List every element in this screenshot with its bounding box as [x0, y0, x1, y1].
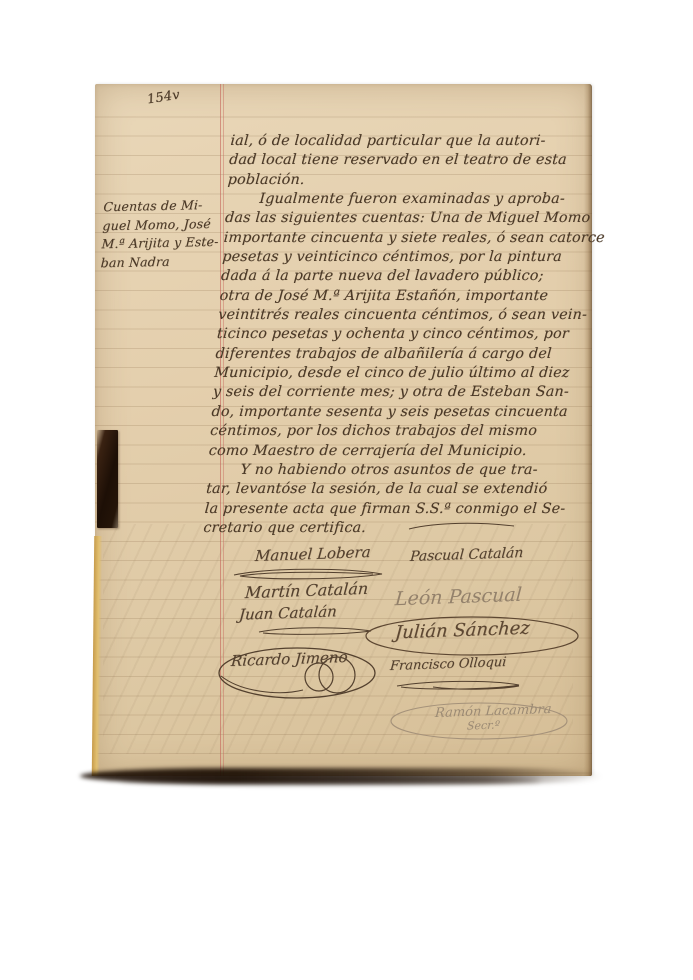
signature-flourish — [255, 625, 375, 637]
text-line: pesetas y veinticinco céntimos, por la p… — [222, 249, 583, 268]
text-line: veintitrés reales cincuenta céntimos, ó … — [217, 307, 578, 326]
signature-flourish-loops — [215, 644, 383, 702]
text-line: das las siguientes cuentas: Una de Migue… — [224, 210, 585, 229]
text-line: dada á la parte nueva del lavadero públi… — [220, 268, 581, 287]
signature-francisco-olloqui: Francisco Olloqui — [390, 655, 507, 674]
binding-clip — [97, 430, 118, 528]
text-line: ticinco pesetas y ochenta y cinco céntim… — [216, 326, 577, 345]
text-line: como Maestro de cerrajería del Municipio… — [208, 443, 569, 462]
manuscript-page: 154v Cuentas de Mi-guel Momo, JoséM.ª Ar… — [95, 84, 592, 776]
text-line: dad local tiene reservado en el teatro d… — [228, 152, 589, 171]
text-line: Y no habiendo otros asuntos de que tra- — [207, 462, 568, 481]
text-line: do, importante sesenta y seis pesetas ci… — [211, 404, 572, 423]
text-line: la presente acta que firman S.S.ª conmig… — [204, 501, 565, 520]
signature-juan-catalan: Juan Catalán — [238, 602, 337, 623]
text-line: céntimos, por los dichos trabajos del mi… — [209, 423, 570, 442]
book-bottom-shadow — [120, 776, 540, 784]
folio-number: 154v — [146, 88, 181, 108]
pen-flourish — [407, 520, 517, 532]
text-line: tar, levantóse la sesión, de la cual se … — [205, 481, 566, 500]
text-line: diferentes trabajos de albañilería á car… — [215, 346, 576, 365]
signature-pascual-catalan: Pascual Catalán — [409, 545, 523, 565]
text-line: ial, ó de localidad particular que la au… — [230, 133, 591, 152]
underlying-page-edge — [92, 536, 103, 776]
signature-manuel-lobera: Manuel Lobera — [254, 543, 371, 565]
text-line: Igualmente fueron examinadas y aproba- — [226, 191, 587, 210]
signature-secretary-role: Secr.º — [467, 718, 501, 732]
text-line: otra de José M.ª Arijita Estañón, import… — [219, 288, 580, 307]
text-line: y seis del corriente mes; y otra de Este… — [212, 384, 573, 403]
text-line: ban Nadra — [100, 252, 221, 273]
text-line: población. — [227, 172, 588, 191]
signature-martin-catalan: Martín Catalán — [244, 579, 368, 602]
body-text: ial, ó de localidad particular que la au… — [203, 133, 591, 539]
text-line: Municipio, desde el cinco de julio últim… — [213, 365, 574, 384]
text-line: importante cincuenta y siete reales, ó s… — [223, 230, 584, 249]
signature-flourish — [393, 678, 523, 692]
margin-note: Cuentas de Mi-guel Momo, JoséM.ª Arijita… — [100, 197, 224, 274]
document-scan: 154v Cuentas de Mi-guel Momo, JoséM.ª Ar… — [0, 0, 693, 980]
signature-leon-pascual: León Pascual — [394, 584, 522, 610]
